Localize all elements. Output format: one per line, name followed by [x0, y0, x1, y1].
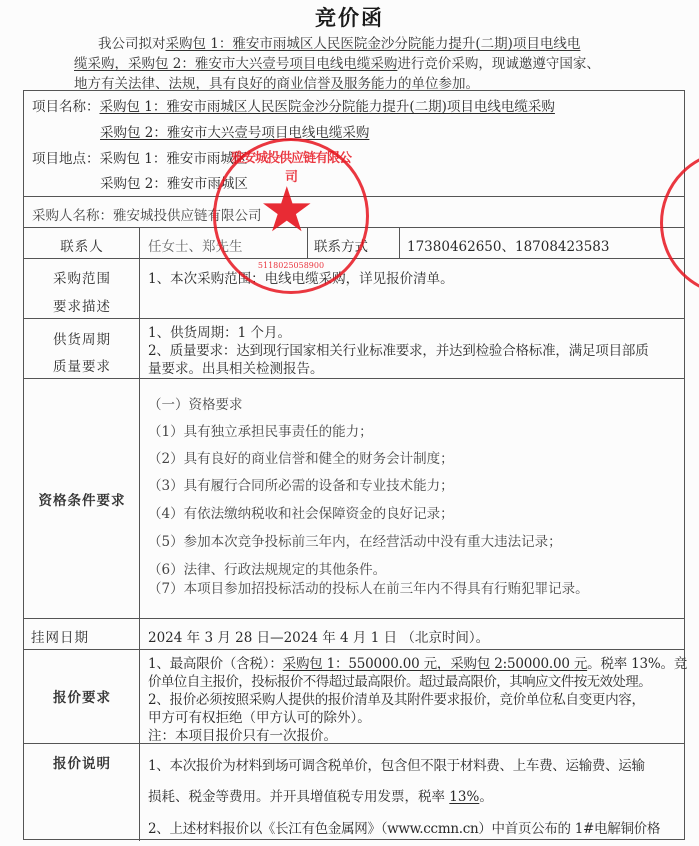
project-location-label: 项目地点：	[32, 151, 100, 167]
supply-line-3: 量要求。出具相关检测报告。	[148, 357, 324, 377]
supply-row: 供货周期 质量要求 1、供货周期：1 个月。 2、质量要求：达到现行国家相关行业…	[24, 319, 684, 379]
project-name-pkg2: 采购包 2：雅安市大兴壹号项目电线电缆采购	[100, 121, 369, 141]
bidding-table: 项目名称：采购包 1：雅安市雨城区人民医院金沙分院能力提升(二期)项目电线电缆采…	[23, 90, 685, 840]
project-section: 项目名称：采购包 1：雅安市雨城区人民医院金沙分院能力提升(二期)项目电线电缆采…	[24, 91, 684, 197]
qualification-item: （4）有依法缴纳税收和社会保障资金的良好记录；	[148, 502, 454, 522]
purchaser-value: 雅安城投供应链有限公司	[113, 208, 262, 224]
supply-line-2: 2、质量要求：达到现行国家相关行业标准要求，并达到检验合格标准，满足项目部质	[148, 339, 649, 359]
scope-label-2: 要求描述	[24, 295, 140, 315]
quote-req-line-4: 甲方可有权拒绝（甲方认可的除外）。	[148, 706, 371, 726]
project-name-label: 项目名称：	[32, 99, 100, 115]
quote-req-line-3: 2、报价必须按照采购人提供的报价清单及其附件要求报价，竞价单位私自变更内容，	[148, 688, 645, 708]
project-location-pkg2: 采购包 2：雅安市雨城区	[100, 172, 248, 192]
supply-line-1: 1、供货周期：1 个月。	[148, 321, 291, 341]
contact-label: 联系人	[24, 235, 140, 255]
posting-value: 2024 年 3 月 28 日—2024 年 4 月 1 日 （北京时间）。	[148, 626, 489, 646]
contact-value: 任女士、郑先生	[148, 235, 243, 255]
document-title: 竞价函	[0, 2, 699, 32]
qualification-item: （5）参加本次竞争投标前三年内，在经营活动中没有重大违法记录；	[148, 530, 562, 550]
quote-req-line-2: 价单位自主报价，投标报价不得超过最高限价。超过最高限价，其响应文件按无效处理。	[148, 670, 651, 690]
qualification-item: （6）法律、行政法规规定的其他条件。	[148, 558, 386, 578]
quote-requirements-label: 报价要求	[24, 686, 140, 706]
quote-note-line-2-prefix: 损耗、税金等费用。并开具增值税专用发票，税率	[148, 789, 449, 805]
quote-note-tax-rate: 13%	[449, 789, 479, 805]
quote-requirements-row: 报价要求 1、最高限价（含税）：采购包 1：550000.00 元，采购包 2:…	[24, 650, 684, 744]
intro-underlined-2: 缆采购，采购包 2：雅安市大兴壹号项目电线电缆采购	[74, 56, 397, 72]
supply-label-2: 质量要求	[24, 355, 140, 375]
quote-note-line-1: 1、本次报价为材料到场可调含税单价，包含但不限于材料费、上车费、运输费、运输	[148, 754, 645, 774]
qualification-heading: （一）资格要求	[148, 393, 243, 413]
qualification-row: 资格条件要求 （一）资格要求 （1）具有独立承担民事责任的能力； （2）具有良好…	[24, 379, 684, 619]
qualification-item: （3）具有履行合同所必需的设备和专业技术能力；	[148, 474, 454, 494]
posting-row: 挂网日期 2024 年 3 月 28 日—2024 年 4 月 1 日 （北京时…	[24, 619, 684, 650]
intro-prefix: 我公司拟对	[98, 36, 166, 52]
quote-note-line-3: 2、上述材料报价以《长江有色金属网》（www.ccmn.cn）中首页公布的 1#…	[148, 817, 660, 837]
intro-paragraph: 我公司拟对采购包 1：雅安市雨城区人民医院金沙分院能力提升(二期)项目电线电 缆…	[74, 34, 654, 94]
qualification-label: 资格条件要求	[24, 489, 140, 509]
scope-row: 采购范围 要求描述 1、本次采购范围：电线电缆采购，详见报价清单。	[24, 259, 684, 319]
intro-underlined-1: 采购包 1：雅安市雨城区人民医院金沙分院能力提升(二期)项目电线电	[166, 36, 581, 52]
posting-label: 挂网日期	[31, 626, 89, 646]
scope-label-1: 采购范围	[24, 267, 140, 287]
purchaser-label: 采购人名称：	[32, 208, 113, 224]
project-location-pkg1: 采购包 1：雅安市雨城区	[100, 151, 248, 167]
intro-suffix: 进行竞价采购，现诚邀遵守国家、	[397, 56, 600, 72]
quote-req-note: 注：本项目报价只有一次报价。	[148, 724, 337, 744]
quote-note-line-2-suffix: 。	[479, 789, 493, 805]
contact-row: 联系人 任女士、郑先生 联系方式 17380462650、18708423583	[24, 228, 684, 259]
qualification-item: （7）本项目参加招投标活动的投标人在前三年内不得具有行贿犯罪记录。	[148, 577, 589, 597]
supply-label-1: 供货周期	[24, 328, 140, 348]
qualification-item: （2）具有良好的商业信誉和健全的财务会计制度；	[148, 447, 454, 467]
quote-notes-row: 报价说明 1、本次报价为材料到场可调含税单价，包含但不限于材料费、上车费、运输费…	[24, 744, 684, 841]
quote-notes-label: 报价说明	[24, 752, 140, 772]
scope-line-1: 1、本次采购范围：电线电缆采购，详见报价清单。	[148, 267, 454, 287]
contact-method-label: 联系方式	[314, 235, 368, 255]
purchaser-row: 采购人名称：雅安城投供应链有限公司	[24, 197, 684, 228]
qualification-item: （1）具有独立承担民事责任的能力；	[148, 420, 373, 440]
project-name-pkg1: 采购包 1：雅安市雨城区人民医院金沙分院能力提升(二期)项目电线电缆采购	[100, 99, 555, 115]
contact-method-value: 17380462650、18708423583	[407, 235, 609, 255]
